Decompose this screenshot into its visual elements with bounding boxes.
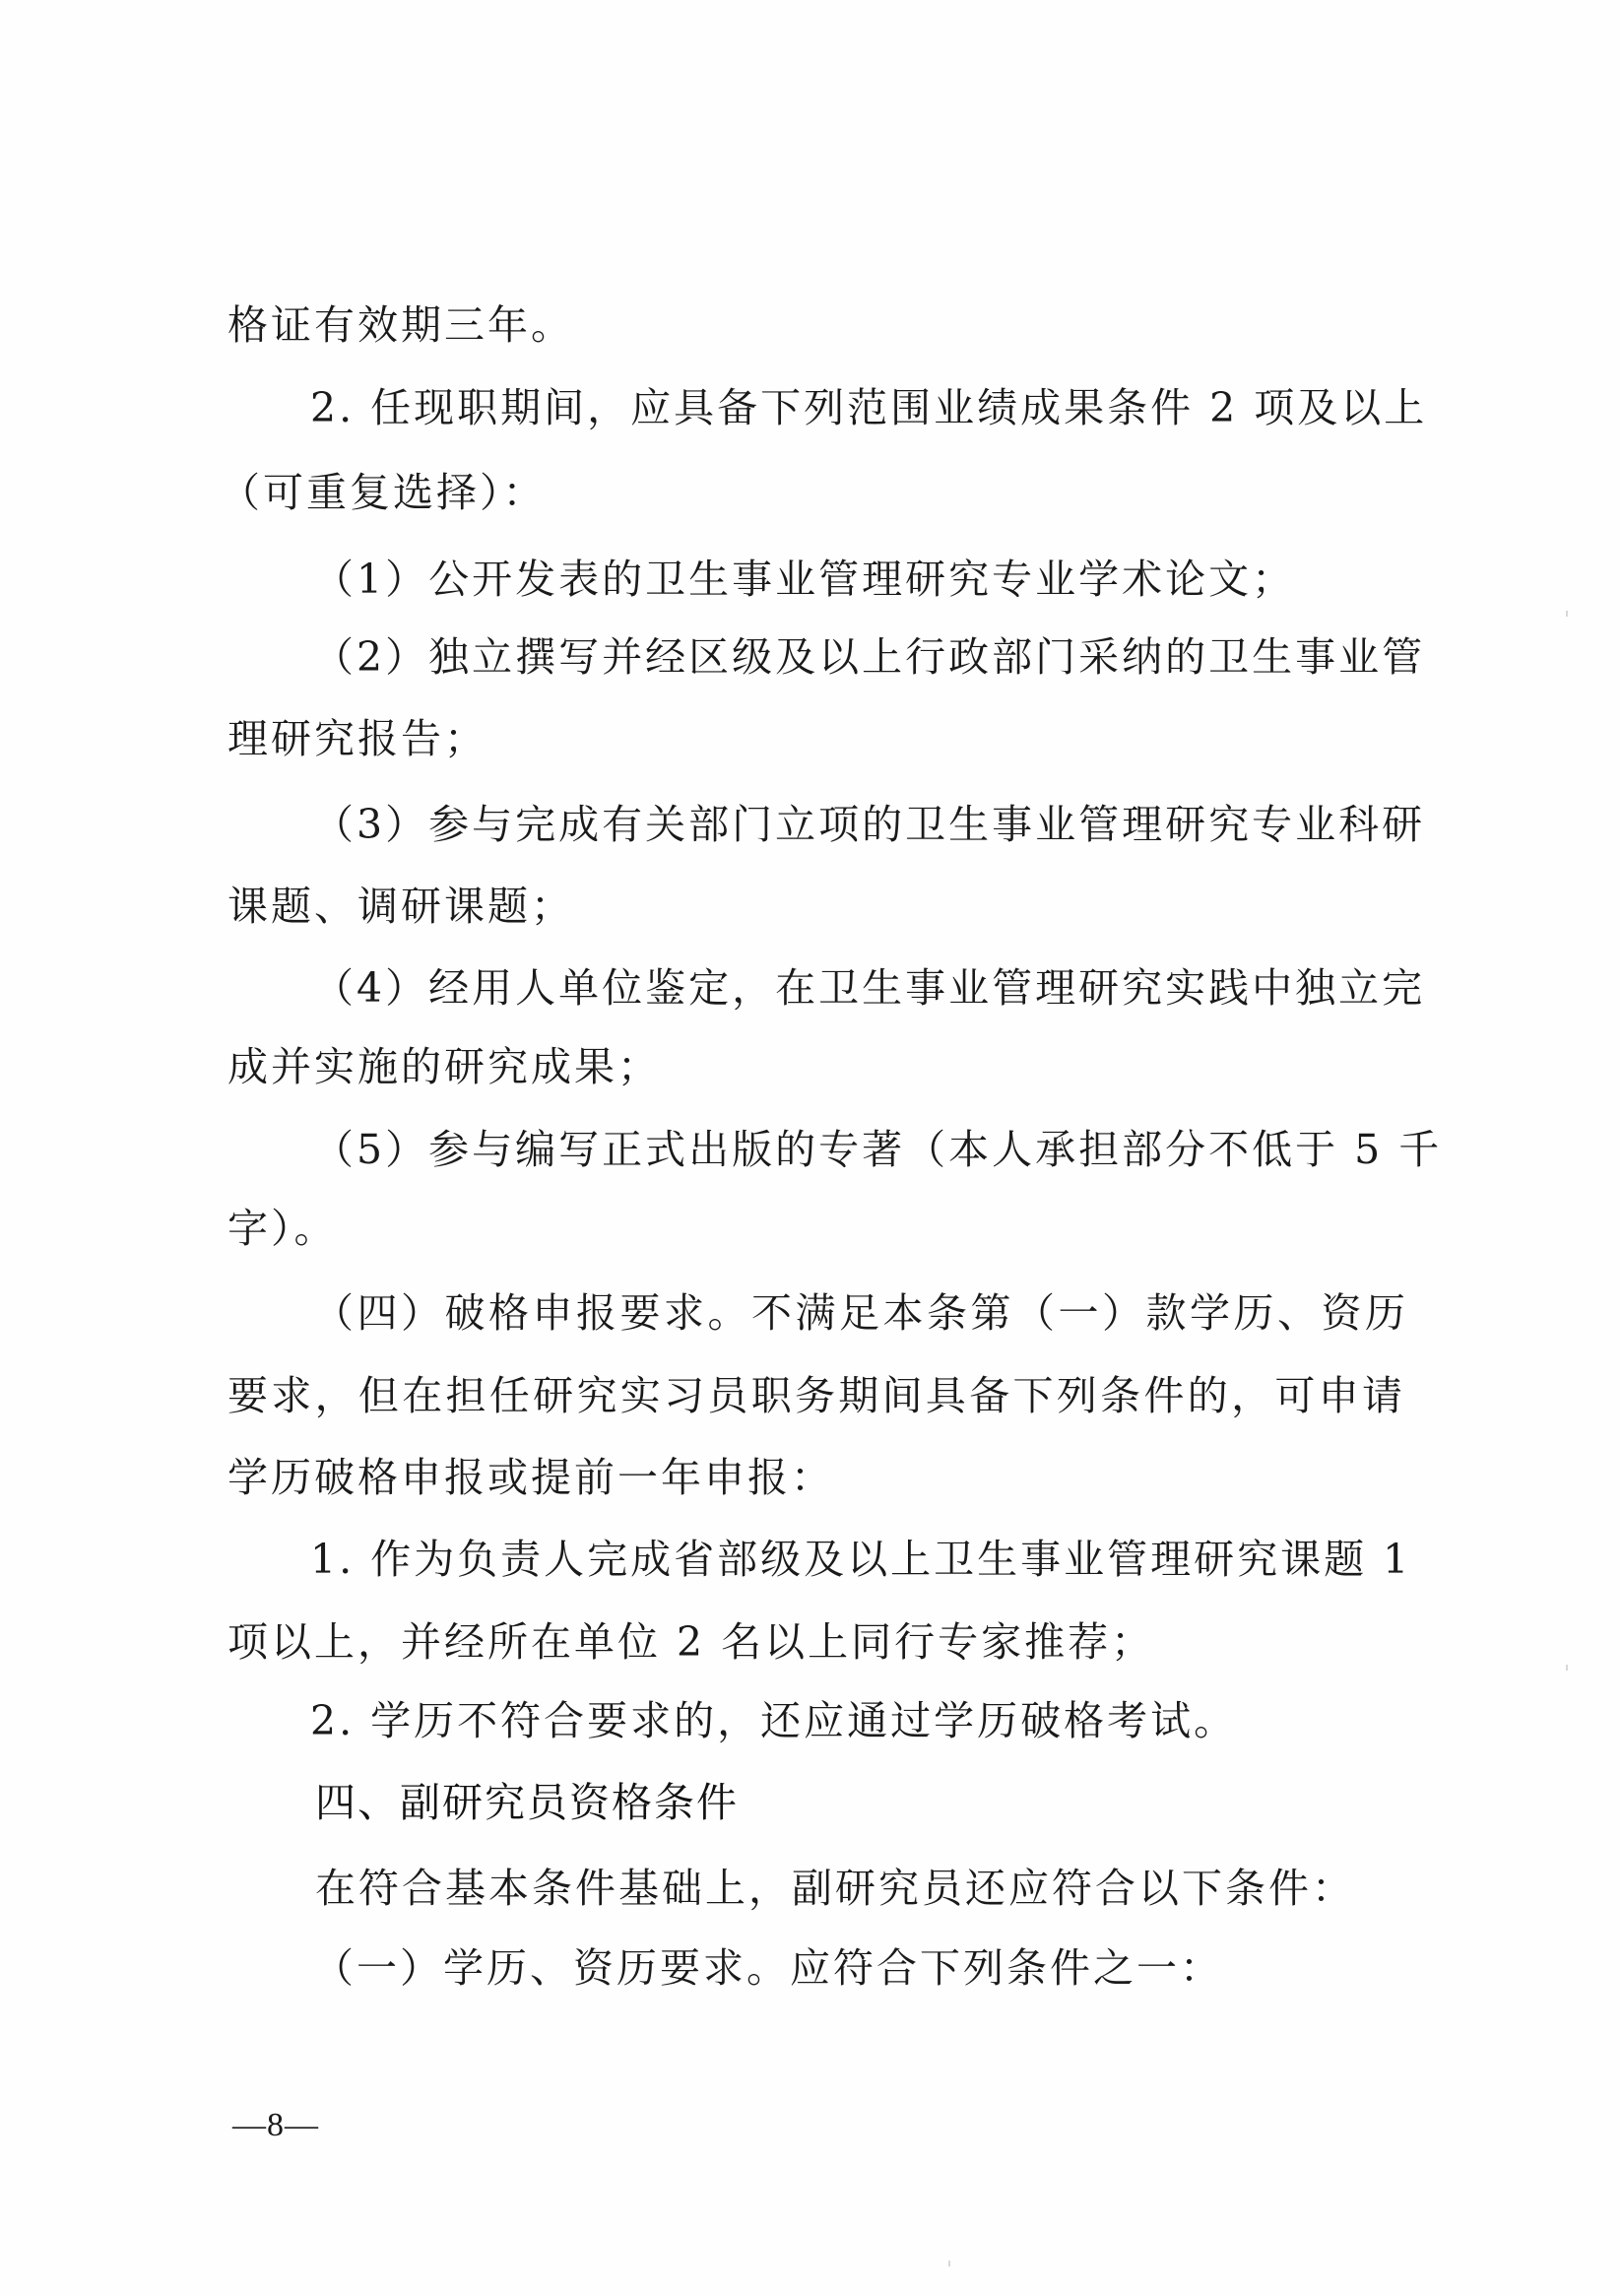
- paragraph-line: 成并实施的研究成果；: [227, 1042, 661, 1091]
- list-item-1: （1）公开发表的卫生事业管理研究专业学术论文；: [313, 555, 1295, 604]
- scan-artifact: [948, 2261, 950, 2266]
- page-number: —8—: [232, 2108, 319, 2143]
- list-item-2: （2）独立撰写并经区级及以上行政部门采纳的卫生事业管: [313, 632, 1408, 682]
- document-page: 格证有效期三年。 2. 任现职期间，应具备下列范围业绩成果条件 2 项及以上 （…: [0, 0, 1621, 2296]
- paragraph-line: 要求，但在担任研究实习员职务期间具备下列条件的，可申请: [227, 1371, 1405, 1420]
- paragraph-line: （可重复选择）：: [220, 468, 547, 517]
- paragraph-line: 课题、调研课题；: [227, 882, 574, 931]
- list-item-5: （5）参与编写正式出版的专著（本人承担部分不低于 5 千: [313, 1125, 1408, 1174]
- scan-artifact: [1566, 1665, 1568, 1671]
- scan-artifact: [1566, 611, 1568, 617]
- paragraph-line: 在符合基本条件基础上，副研究员还应符合以下条件：: [315, 1864, 1355, 1913]
- paragraph-line: 理研究报告；: [227, 714, 487, 763]
- section-heading: 四、副研究员资格条件: [315, 1778, 739, 1827]
- section-four-paragraph: （四）破格申报要求。不满足本条第（一）款学历、资历: [313, 1288, 1408, 1338]
- list-item-4: （4）经用人单位鉴定，在卫生事业管理研究实践中独立完: [313, 963, 1408, 1013]
- paragraph-line: 2. 任现职期间，应具备下列范围业绩成果条件 2 项及以上: [310, 383, 1405, 432]
- list-item-3: （3）参与完成有关部门立项的卫生事业管理研究专业科研: [313, 800, 1408, 849]
- subsection-line: （一）学历、资历要求。应符合下列条件之一：: [313, 1943, 1223, 1993]
- paragraph-line: 格证有效期三年。: [227, 300, 574, 350]
- numbered-item-2: 2. 学历不符合要求的，还应通过学历破格考试。: [310, 1696, 1237, 1745]
- paragraph-line: 项以上，并经所在单位 2 名以上同行专家推荐；: [227, 1617, 1154, 1667]
- numbered-item-1: 1. 作为负责人完成省部级及以上卫生事业管理研究课题 1: [310, 1535, 1405, 1584]
- paragraph-line: 字）。: [227, 1204, 338, 1253]
- paragraph-line: 学历破格申报或提前一年申报：: [227, 1453, 834, 1502]
